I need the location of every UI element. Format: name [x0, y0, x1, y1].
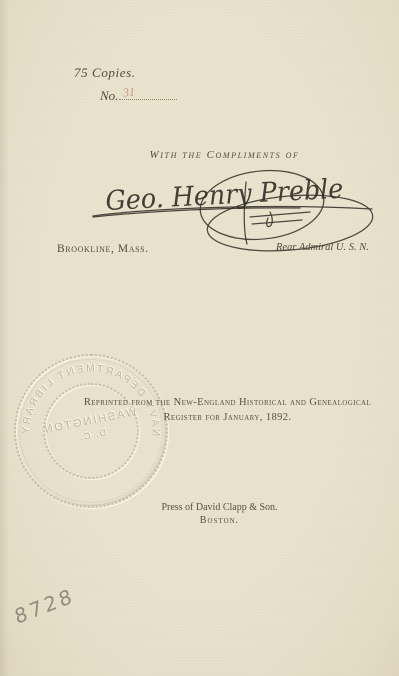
copy-number-handwritten: 31 [122, 84, 136, 100]
place-line: Brookline, Mass. [57, 243, 149, 255]
signature-paraph-dash2 [252, 220, 302, 224]
signature-name: Geo. Henry Preble [105, 174, 344, 217]
pencil-catalog-number: 8728 [12, 583, 77, 629]
reprint-line2: Register for January, 1892. [60, 410, 395, 425]
scanned-page: 75 Copies. No. 31 With the Compliments o… [0, 0, 399, 676]
reprint-notice: Reprinted from the New-England Historica… [60, 395, 395, 425]
press-line: Press of David Clapp & Son. [40, 501, 399, 514]
signature-paraph-dash1 [250, 212, 310, 217]
rank-line: Rear Admiral U. S. N. [276, 242, 369, 253]
copy-number-label: No. [100, 88, 118, 103]
copy-number-line: No. [100, 87, 177, 104]
copies-count-label: 75 Copies. [74, 65, 136, 81]
press-city: Boston. [40, 514, 399, 527]
printer-imprint: Press of David Clapp & Son. Boston. [40, 501, 399, 527]
embossed-library-stamp: NAVY DEPARTMENT LIBRARY NAVY DEPARTMENT … [14, 354, 168, 508]
reprint-line1: Reprinted from the New-England Historica… [60, 395, 395, 410]
page-left-edge-shading [0, 0, 10, 676]
signature-paraph-loop [267, 212, 273, 227]
